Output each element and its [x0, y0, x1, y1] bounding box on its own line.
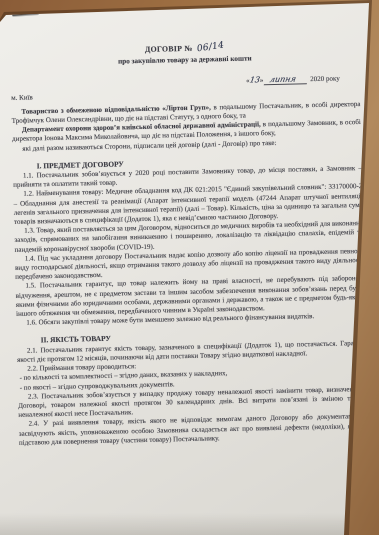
contract-title-text: ДОГОВІР №: [145, 44, 193, 54]
contract-number-handwritten: 06/14: [196, 41, 224, 54]
date-month-handwritten: липня: [264, 75, 309, 86]
photo-background: ДОГОВІР № 06/14 про закупівлю товару за …: [0, 0, 379, 535]
date-day-handwritten: 13: [249, 76, 261, 85]
paper-sheet: ДОГОВІР № 06/14 про закупівлю товару за …: [0, 0, 379, 535]
date-year-text: 2020 року: [310, 75, 340, 84]
contract-content: ДОГОВІР № 06/14 про закупівлю товару за …: [9, 0, 368, 448]
